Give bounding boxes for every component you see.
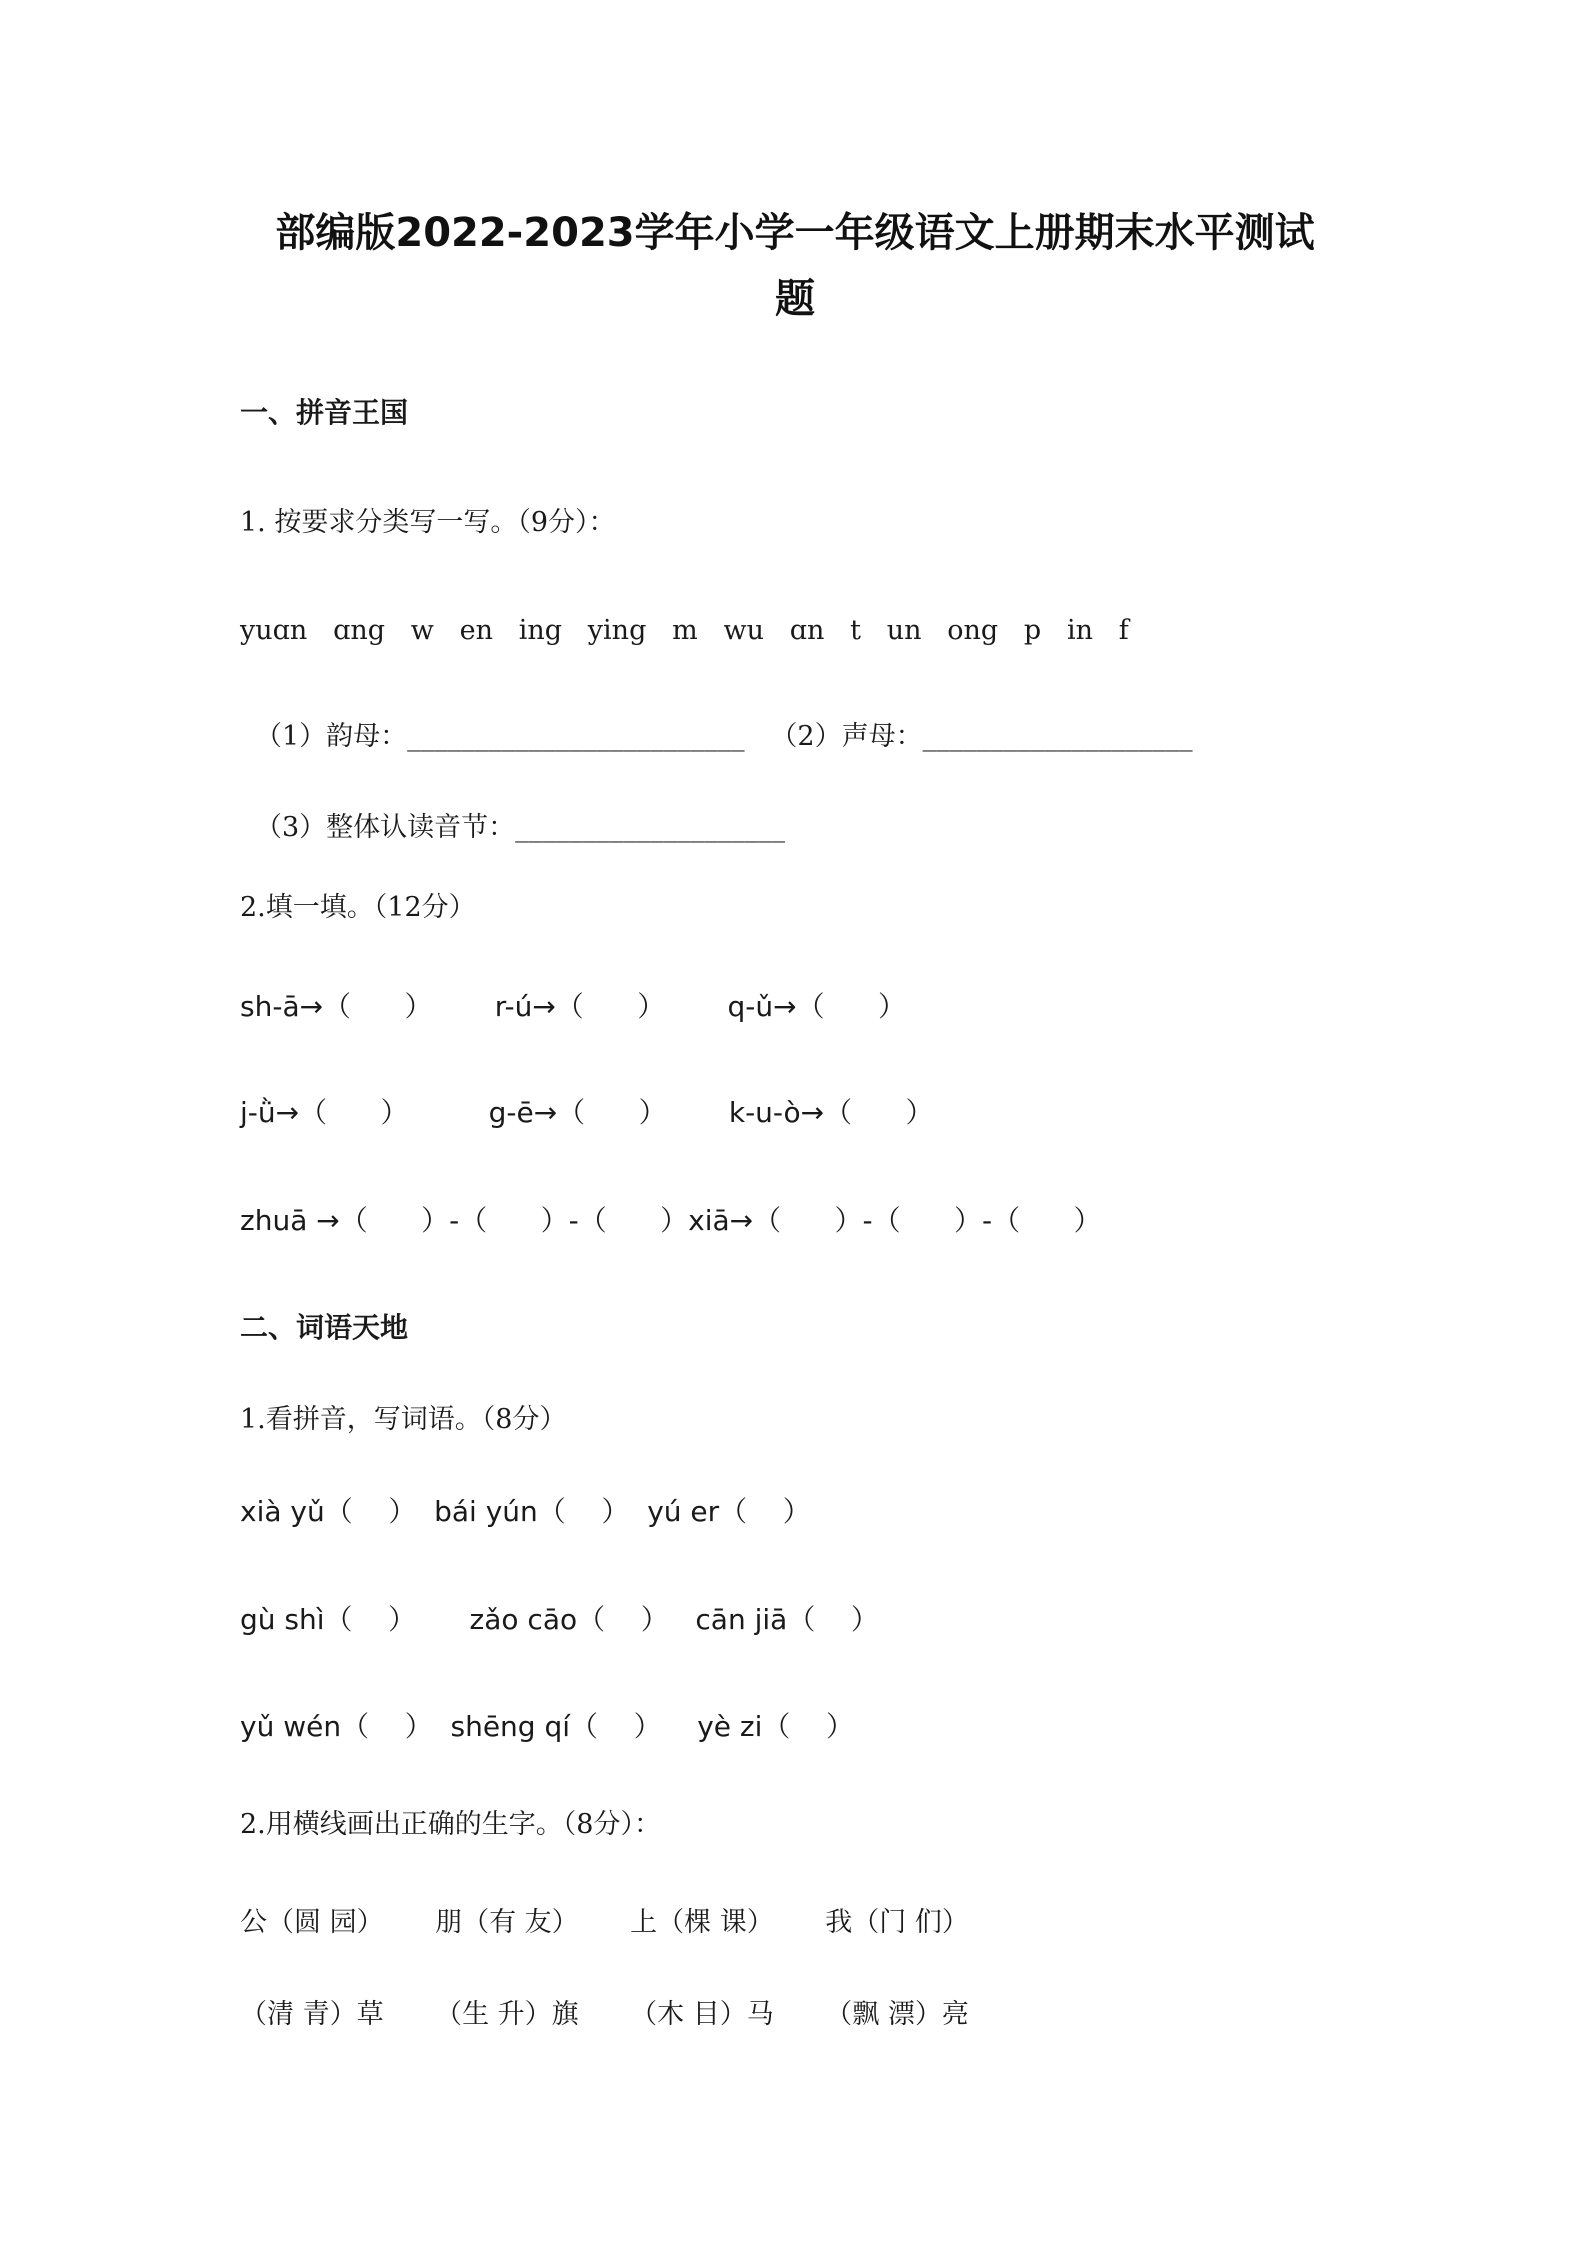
character-choice-row: 公（圆 园） 朋（有 友） 上（棵 课） 我（门 们） [240,1903,969,1943]
character-choice-row: （清 青）草 （生 升）旗 （木 目）马 （飘 漂）亮 [240,1995,969,2035]
pinyin-word-row: yǔ wén（ ） shēng qí（ ） yè zi（ ） [240,1707,854,1747]
pinyin-pool: yuɑn ɑng w en ing ying m wu ɑn t un ong … [240,611,1129,651]
title-line-2: 题 [230,266,1360,332]
title-line-1: 部编版2022-2023学年小学一年级语文上册期末水平测试 [230,200,1360,266]
fill-row: j-ǜ→（ ） g-ē→（ ） k-u-ò→（ ） [240,1093,934,1133]
document-page: 部编版2022-2023学年小学一年级语文上册期末水平测试 题 一、拼音王国 1… [0,0,1586,2244]
pinyin-word-row: xià yǔ（ ） bái yún（ ） yú er（ ） [240,1492,811,1532]
question-2-prompt: 2.填一填。（12分） [240,888,476,928]
answer-line-whole-syllables: （3）整体认读音节：____________________ [255,808,785,848]
pinyin-word-row: gù shì（ ） zǎo cāo（ ） cān jiā（ ） [240,1600,879,1640]
fill-row: zhuā →（ ）-（ ）-（ ）xiā→（ ）-（ ）-（ ） [240,1201,1102,1241]
section-heading-pinyin: 一、拼音王国 [240,393,408,433]
answer-line-finals-initials: （1）韵母：_________________________ （2）声母：__… [255,717,1193,757]
question-3-prompt: 1.看拼音，写词语。（8分） [240,1400,566,1440]
question-4-prompt: 2.用横线画出正确的生字。（8分）： [240,1805,661,1845]
document-title: 部编版2022-2023学年小学一年级语文上册期末水平测试 题 [230,200,1360,332]
fill-row: sh-ā→（ ） r-ú→（ ） q-ǔ→（ ） [240,987,906,1027]
question-1-prompt: 1. 按要求分类写一写。（9分）： [240,503,616,543]
section-heading-words: 二、词语天地 [240,1308,408,1348]
